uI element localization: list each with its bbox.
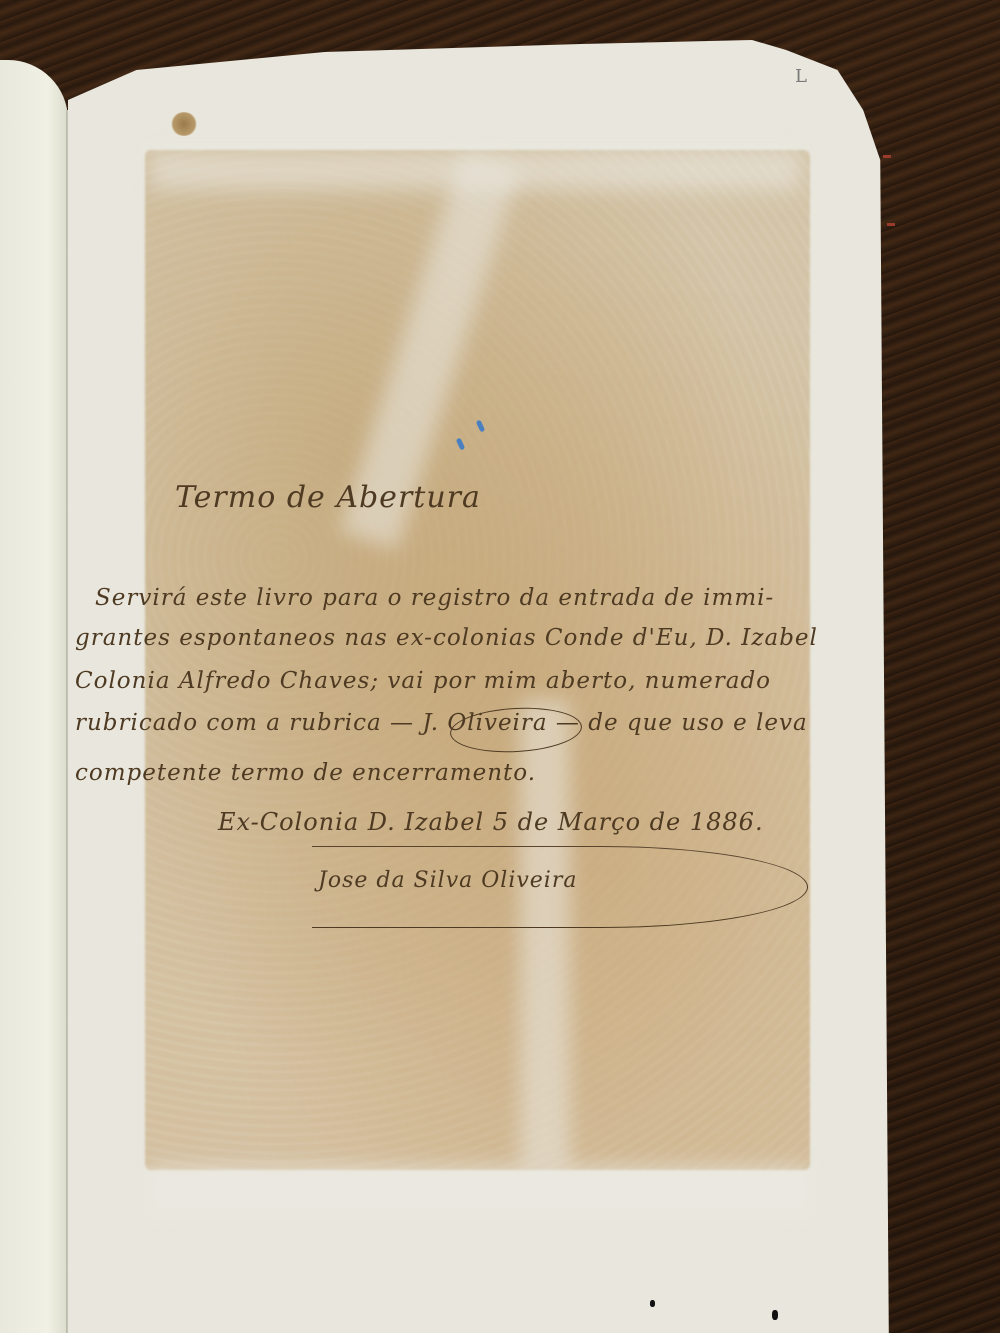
- water-stain: [145, 150, 810, 1170]
- body-line-3: Colonia Alfredo Chaves; vai por mim aber…: [75, 668, 771, 694]
- left-facing-page: [0, 60, 68, 1333]
- ink-spot: [650, 1300, 655, 1307]
- binding-thread: [883, 155, 891, 158]
- date-line: Ex-Colonia D. Izabel 5 de Março de 1886.: [218, 808, 764, 836]
- faded-streak: [150, 1165, 810, 1215]
- body-line-4: rubricado com a rubrica — J. Oliveira — …: [75, 710, 808, 736]
- page-corner-mark: L: [795, 66, 807, 87]
- faded-streak: [150, 150, 800, 190]
- ink-blot-stain: [170, 112, 198, 136]
- body-line-2: grantes espontaneos nas ex-colonias Cond…: [75, 625, 818, 651]
- body-line-1: Servirá este livro para o registro da en…: [95, 585, 774, 611]
- signature: Jose da Silva Oliveira: [318, 868, 577, 893]
- body-line-5: competente termo de encerramento.: [75, 760, 536, 786]
- document-title: Termo de Abertura: [175, 480, 481, 515]
- ink-spot: [772, 1310, 778, 1320]
- binding-thread: [887, 223, 895, 226]
